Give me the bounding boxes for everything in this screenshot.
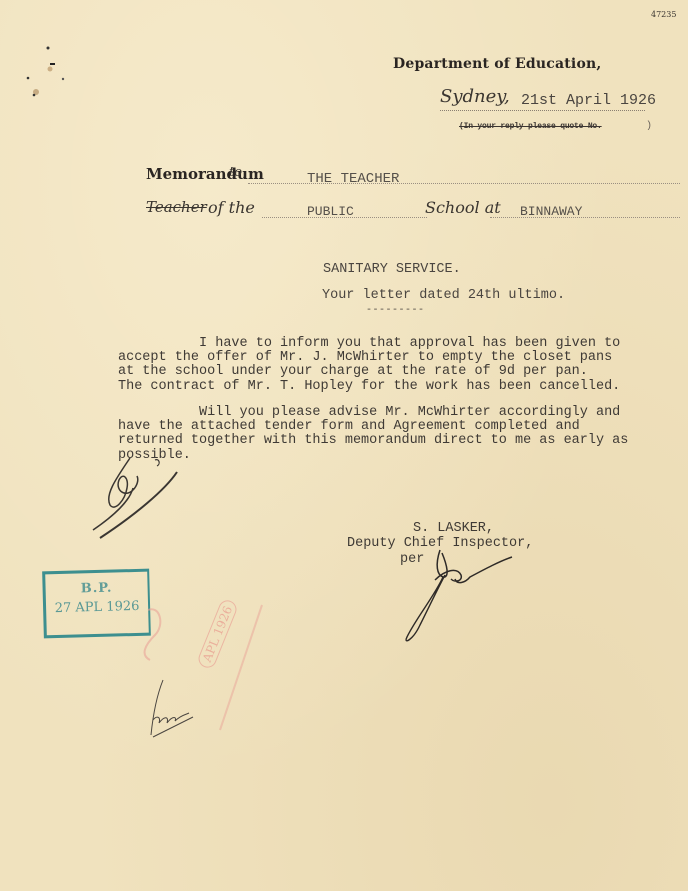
subject-reference: Your letter dated 24th ultimo. <box>322 288 565 303</box>
dotted-line-school-name <box>490 217 680 218</box>
reference-number: 47235 <box>651 10 676 19</box>
memorandum-label: Memorandum <box>146 165 264 183</box>
teacher-struck-label: Teacher <box>146 198 207 216</box>
letterhead-department: Department of Education, <box>393 56 601 72</box>
document-date: 21st April 1926 <box>521 92 656 109</box>
document-page: 47235 Department of Education, Sydney, 2… <box>0 0 688 891</box>
place-label: Sydney, <box>440 86 510 107</box>
paper-specks <box>0 40 80 120</box>
subject-title: SANITARY SERVICE. <box>323 262 461 277</box>
body-paragraph-1: I have to inform you that approval has b… <box>118 337 620 394</box>
handwritten-initials-left <box>85 450 195 540</box>
signatory-name: S. LASKER, <box>413 521 494 536</box>
school-name: BINNAWAY <box>520 204 582 219</box>
handwritten-note-bottom <box>145 675 215 745</box>
stamp-initials: B.P. <box>45 580 147 598</box>
reply-note-struck: (In your reply please quote No. <box>459 122 602 131</box>
school-at-label: School at <box>425 198 501 217</box>
reply-note-paren: ) <box>646 121 652 132</box>
handwritten-signature <box>395 545 525 645</box>
memorandum-recipient: THE TEACHER <box>307 171 399 187</box>
memorandum-to-label: to <box>229 165 242 180</box>
of-the-label: of the <box>208 198 255 217</box>
school-type: PUBLIC <box>307 204 354 219</box>
subject-underline: --------- <box>366 305 425 316</box>
